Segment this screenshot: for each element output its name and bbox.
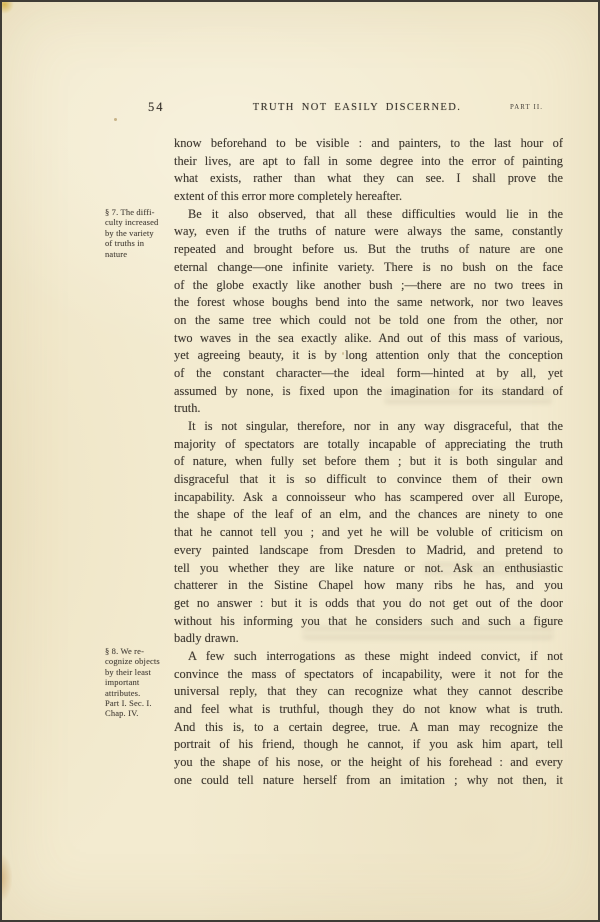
running-title: TRUTH NOT EASILY DISCERNED. xyxy=(162,102,552,113)
text-line: of nature, when fully set before them ; … xyxy=(174,453,563,471)
paragraph-1: know beforehand to be visible : and pain… xyxy=(174,135,563,206)
text-line: extent of this error more completely her… xyxy=(174,188,563,206)
text-line: by their least xyxy=(105,667,171,677)
ink-showthrough xyxy=(302,626,554,640)
text-line: chatterer in the Sistine Chapel how many… xyxy=(174,577,563,595)
text-line: and feel what is truthful, though they d… xyxy=(174,701,563,719)
paper-speck xyxy=(342,352,344,355)
text-line: It is not singular, therefore, nor in an… xyxy=(174,418,563,436)
text-line: convince the mass of spectators of incap… xyxy=(174,666,563,684)
paragraph-2: Be it also observed, that all these diff… xyxy=(174,206,563,418)
text-line: Be it also observed, that all these diff… xyxy=(174,206,563,224)
part-label: PART II. xyxy=(510,104,543,111)
text-line: get no answer : but it is odds that you … xyxy=(174,595,563,613)
text-line: that he cannot tell you ; and yet he wil… xyxy=(174,524,563,542)
text-line: disgraceful that it is so difficult to c… xyxy=(174,471,563,489)
text-line: important xyxy=(105,677,171,687)
text-line: by the variety xyxy=(105,228,171,238)
text-line: And this is, to a certain degree, true. … xyxy=(174,719,563,737)
paragraph-3: It is not singular, therefore, nor in an… xyxy=(174,418,563,648)
text-line: A few such interrogations as these might… xyxy=(174,648,563,666)
margin-note-section-7: § 7. The diffi-culty increasedby the var… xyxy=(105,207,171,259)
text-line: Part I. Sec. I. xyxy=(105,698,171,708)
text-line: of truths in xyxy=(105,238,171,248)
text-line: their lives, are apt to fall in some deg… xyxy=(174,153,563,171)
book-page: 54 TRUTH NOT EASILY DISCERNED. PART II. … xyxy=(0,0,600,922)
text-line: the forest whose boughs bend into the sa… xyxy=(174,294,563,312)
text-line: yet agreeing beauty, it is by long atten… xyxy=(174,347,563,365)
ink-showthrough xyxy=(384,390,552,405)
text-line: every painted landscape from Dresden to … xyxy=(174,542,563,560)
text-line: of the globe exactly like another bush ;… xyxy=(174,277,563,295)
text-line: what exists, rather than what they can s… xyxy=(174,170,563,188)
text-line: eternal change—one infinite variety. The… xyxy=(174,259,563,277)
paper-speck xyxy=(114,118,117,121)
text-line: repeated and brought before us. But the … xyxy=(174,241,563,259)
text-line: cognize objects xyxy=(105,656,171,666)
text-line: on the same tree which could not be told… xyxy=(174,312,563,330)
text-line: know beforehand to be visible : and pain… xyxy=(174,135,563,153)
text-line: Chap. IV. xyxy=(105,708,171,718)
text-line: § 8. We re- xyxy=(105,646,171,656)
text-line: the shape of the leaf of an elm, and the… xyxy=(174,506,563,524)
ink-showthrough xyxy=(422,562,554,575)
paragraph-4: A few such interrogations as these might… xyxy=(174,648,563,790)
text-line: portrait of his friend, though he cannot… xyxy=(174,736,563,754)
paper-stain xyxy=(2,2,14,14)
text-line: universal reply, that they can recognize… xyxy=(174,683,563,701)
text-line: culty increased xyxy=(105,217,171,227)
paper-speck xyxy=(472,264,474,266)
paper-stain xyxy=(0,854,12,902)
text-line: two waves in the sea exactly alike. And … xyxy=(174,330,563,348)
page-body: know beforehand to be visible : and pain… xyxy=(174,135,563,789)
text-line: one could tell nature herself from an im… xyxy=(174,772,563,790)
text-line: § 7. The diffi- xyxy=(105,207,171,217)
text-line: majority of spectators are totally incap… xyxy=(174,436,563,454)
text-line: incapability. Ask a connoisseur who has … xyxy=(174,489,563,507)
margin-note-section-8: § 8. We re-cognize objectsby their least… xyxy=(105,646,171,719)
text-line: nature xyxy=(105,249,171,259)
text-line: way, even if the truths of nature were a… xyxy=(174,223,563,241)
text-line: attributes. xyxy=(105,688,171,698)
text-line: of the constant character—the ideal form… xyxy=(174,365,563,383)
text-line: you the shape of his nose, or the height… xyxy=(174,754,563,772)
